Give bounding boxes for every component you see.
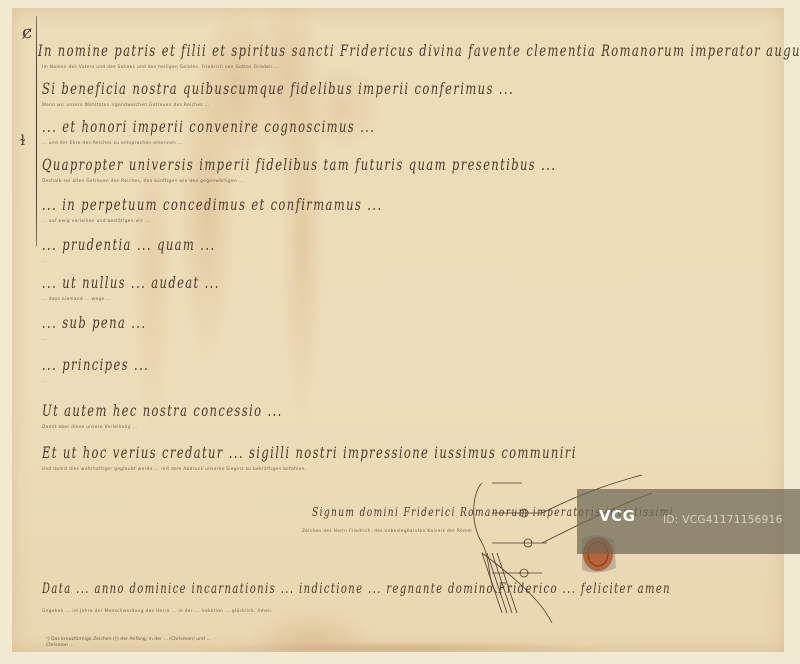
vcg-image-id: ID: VCG41171156916: [663, 514, 783, 526]
charter-line-1: In nomine patris et filii et spiritus sa…: [38, 41, 800, 60]
charter-line-6: ... prudentia ... quam ...: [42, 235, 215, 254]
gloss-line-2: Wenn wir unsere Wohltaten irgendwelchen …: [42, 102, 210, 108]
gloss-line-7: ... dass niemand ... wage ...: [42, 296, 111, 302]
vcg-logo: VCG: [599, 507, 635, 525]
gloss-line-4: Deshalb sei allen Getreuen des Reiches, …: [42, 178, 244, 184]
charter-line-7: ... ut nullus ... audeat ...: [42, 273, 220, 292]
gloss-line-9: ...: [42, 378, 47, 384]
margin-mark: ɫ: [20, 133, 25, 149]
charter-line-4: Quapropter universis imperii fidelibus t…: [42, 155, 556, 174]
gloss-line-5: ... auf ewig verleihen und bestätigen wi…: [42, 218, 150, 224]
dating-gloss: Gegeben ... im Jahre der Menschwerdung d…: [42, 608, 273, 614]
signum-gloss: Zeichen des Herrn Friedrich, des unbesie…: [302, 528, 473, 534]
vcg-watermark: VCG ID: VCG41171156916: [577, 489, 800, 554]
gloss-line-11: Und damit dies wahrhaftiger geglaubt wer…: [42, 466, 306, 472]
parchment-charter: ȼ ɫ In nomine patris et filii et spiritu…: [12, 8, 784, 652]
charter-line-2: Si beneficia nostra quibuscumque fidelib…: [42, 79, 514, 98]
gloss-line-1: Im Namen des Vaters und des Sohnes und d…: [42, 64, 279, 70]
charter-line-5: ... in perpetuum concedimus et confirmam…: [42, 195, 382, 214]
initial-stroke: [36, 16, 37, 246]
charter-line-3: ... et honori imperii convenire cognosci…: [42, 117, 375, 136]
gloss-line-10: Damit aber diese unsere Verleihung ...: [42, 424, 138, 430]
gloss-line-6: ...: [42, 258, 47, 264]
gloss-line-8: ...: [42, 336, 47, 342]
dating-line: Data ... anno dominice incarnationis ...…: [42, 582, 671, 597]
chrismon-mark: ȼ: [22, 22, 32, 43]
charter-line-8: ... sub pena ...: [42, 313, 146, 332]
charter-line-9: ... principes ...: [42, 355, 149, 374]
footnote: ¹) Das kreuzförmige Zeichen (†) der Anfa…: [46, 637, 216, 649]
charter-line-11: Et ut hoc verius credatur ... sigilli no…: [42, 443, 577, 462]
gloss-line-3: ... und der Ehre des Reiches zu entsprec…: [42, 140, 183, 146]
charter-line-10: Ut autem hec nostra concessio ...: [42, 401, 283, 420]
